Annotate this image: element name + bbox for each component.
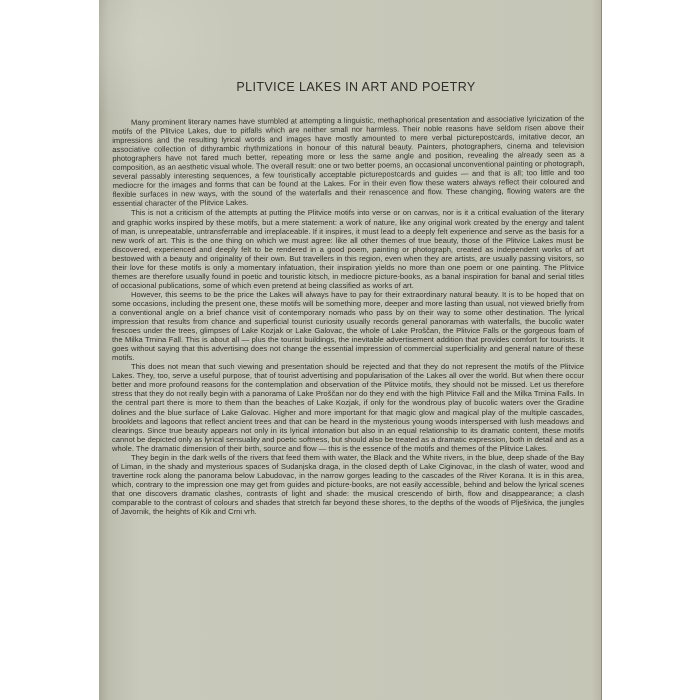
paragraph: This does not mean that such viewing and… xyxy=(112,362,584,452)
paragraph: This is not a criticism of the attempts … xyxy=(112,208,584,289)
paragraph: Many prominent literary names have stumb… xyxy=(112,114,585,209)
book-page: PLITVICE LAKES IN ART AND POETRY Many pr… xyxy=(99,0,602,700)
article-body: Many prominent literary names have stumb… xyxy=(112,118,584,516)
paragraph: However, this seems to be the price the … xyxy=(112,290,584,362)
page-title: PLITVICE LAKES IN ART AND POETRY xyxy=(99,80,601,94)
paragraph: They begin in the dark wells of the rive… xyxy=(112,453,584,516)
